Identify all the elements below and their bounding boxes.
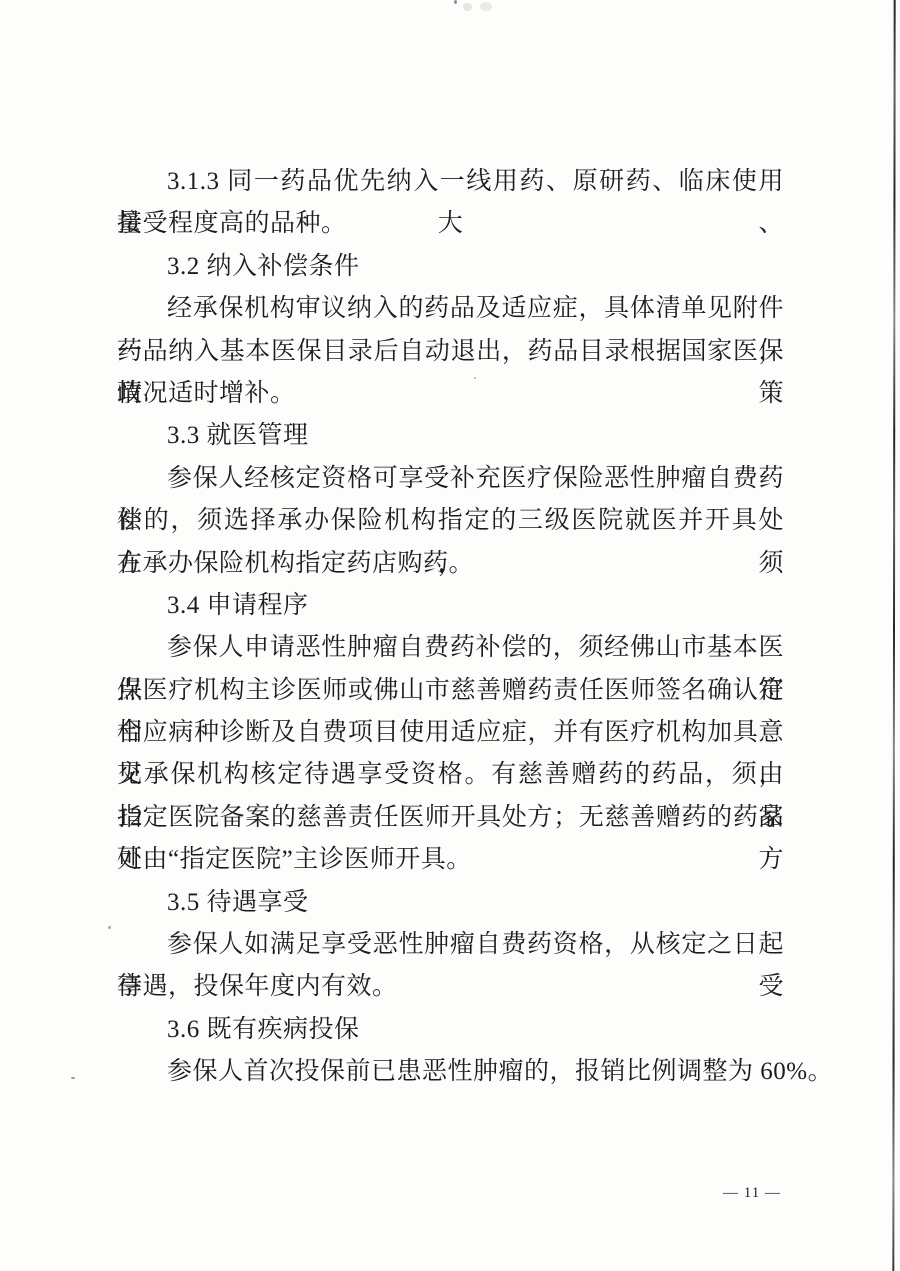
section-3-4-heading: 3.4 申请程序: [117, 585, 784, 627]
text-line: 参保人首次投保前已患恶性肿瘤的，报销比例调整为 60%。: [117, 1051, 784, 1093]
section-3-3-heading: 3.3 就医管理: [117, 415, 784, 457]
scan-smudge: [480, 2, 492, 11]
section-3-5-heading: 3.5 待遇享受: [117, 882, 784, 924]
document-body: 3.1.3 同一药品优先纳入一线用药、原研药、临床使用量大、 接受程度高的品种。…: [117, 161, 784, 1094]
text-line: 相应病种诊断及自费项目使用适应症，并有医疗机构加具意见，: [117, 712, 784, 754]
section-3-2-heading: 3.2 纳入补偿条件: [117, 246, 784, 288]
section-3-6-heading: 3.6 既有疾病投保: [117, 1009, 784, 1051]
text-line: 参保人经核定资格可享受补充医疗保险恶性肿瘤自费药补: [117, 458, 784, 500]
document-page: 3.1.3 同一药品优先纳入一线用药、原研药、临床使用量大、 接受程度高的品种。…: [0, 0, 900, 1271]
scan-speck: [454, 0, 457, 4]
text-line: 指定医院备案的慈善责任医师开具处方；无慈善赠药的药品处方: [117, 797, 784, 839]
text-line: 经承保机构审议纳入的药品及适应症，具体清单见附件一，: [117, 288, 784, 330]
text-line: 偿的，须选择承办保险机构指定的三级医院就医并开具处方，须: [117, 500, 784, 542]
text-line: 参保人如满足享受恶性肿瘤自费药资格，从核定之日起享受: [117, 924, 784, 966]
scan-smudge: [463, 3, 472, 11]
text-line: 点医疗机构主诊医师或佛山市慈善赠药责任医师签名确认符合: [117, 670, 784, 712]
text-line: 交承保机构核定待遇享受资格。有慈善赠药的药品，须由 12 家: [117, 754, 784, 796]
margin-dot: [108, 926, 111, 929]
scan-edge-line-artifact: [892, 0, 895, 1271]
page-number: — 11 —: [723, 1185, 781, 1202]
text-line: 药品纳入基本医保目录后自动退出，药品目录根据国家医保政策: [117, 331, 784, 373]
margin-dot: [71, 1077, 75, 1079]
section-3-1-3-line: 3.1.3 同一药品优先纳入一线用药、原研药、临床使用量大、: [117, 161, 784, 203]
text-line: 参保人申请恶性肿瘤自费药补偿的，须经佛山市基本医保定: [117, 627, 784, 669]
